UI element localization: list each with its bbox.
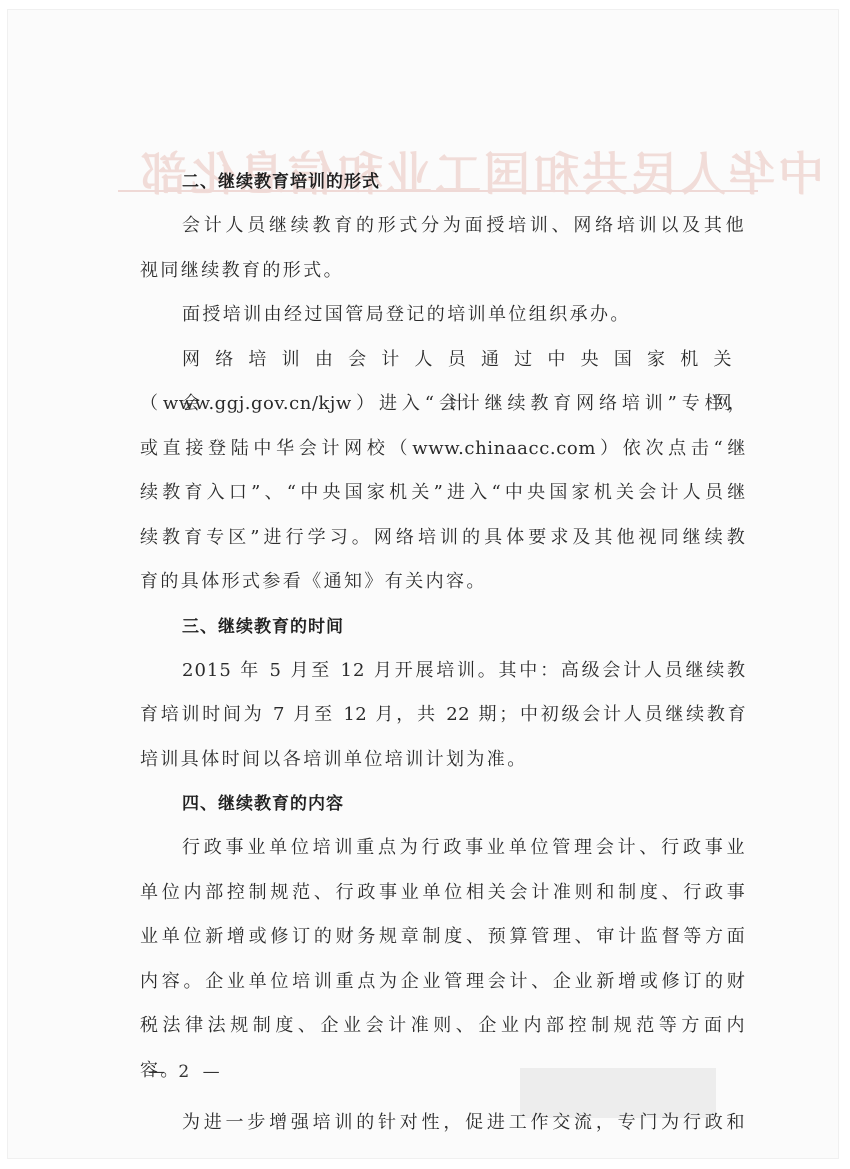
section-body-content: 行政事业单位培训重点为行政事业单位管理会计、行政事业 单位内部控制规范、行政事业… xyxy=(140,826,746,1146)
text-line: 内容。企业单位培训重点为企业管理会计、企业新增或修订的财 xyxy=(140,960,746,1005)
text-line: 续教育入口”、“中央国家机关”进入“中央国家机关会计人员继 xyxy=(140,471,746,516)
text-line: 视同继续教育的形式。 xyxy=(140,249,746,294)
document-body: 二、继续教育培训的形式 会计人员继续教育的形式分为面授培训、网络培训以及其他 视… xyxy=(140,160,746,1146)
text-line: 培训具体时间以各培训单位培训计划为准。 xyxy=(140,738,746,783)
text-line: 税法律法规制度、企业会计准则、企业内部控制规范等方面内 xyxy=(140,1004,746,1049)
text-line: 行政事业单位培训重点为行政事业单位管理会计、行政事业 xyxy=(140,826,746,871)
section-body-form: 会计人员继续教育的形式分为面授培训、网络培训以及其他 视同继续教育的形式。 面授… xyxy=(140,204,746,605)
text-line: 育的具体形式参看《通知》有关内容。 xyxy=(140,560,746,605)
text-line: 网络培训由会计人员通过中央国家机关会计网 xyxy=(140,338,746,383)
text-line: 会计人员继续教育的形式分为面授培训、网络培训以及其他 xyxy=(140,204,746,249)
text-line: 育培训时间为 7 月至 12 月，共 22 期；中初级会计人员继续教育 xyxy=(140,693,746,738)
text-line: 或直接登陆中华会计网校（www.chinaacc.com）依次点击“继 xyxy=(140,427,746,472)
section-heading-time: 三、继续教育的时间 xyxy=(140,605,746,649)
text-line: 2015 年 5 月至 12 月开展培训。其中：高级会计人员继续教 xyxy=(140,649,746,694)
text-line: 续教育专区”进行学习。网络培训的具体要求及其他视同继续教 xyxy=(140,516,746,561)
text-line: （www.ggj.gov.cn/kjw）进入“会计继续教育网络培训”专栏， xyxy=(140,382,746,427)
page-number: — 2 — xyxy=(148,1062,224,1082)
text-line: 单位内部控制规范、行政事业单位相关会计准则和制度、行政事 xyxy=(140,871,746,916)
text-line: 容。 xyxy=(140,1049,746,1094)
section-body-time: 2015 年 5 月至 12 月开展培训。其中：高级会计人员继续教 育培训时间为… xyxy=(140,649,746,783)
text-line: 面授培训由经过国管局登记的培训单位组织承办。 xyxy=(140,293,746,338)
text-line: 为进一步增强培训的针对性，促进工作交流，专门为行政和 xyxy=(140,1101,746,1146)
text-line: 业单位新增或修订的财务规章制度、预算管理、审计监督等方面 xyxy=(140,915,746,960)
section-heading-content: 四、继续教育的内容 xyxy=(140,782,746,826)
section-heading-form: 二、继续教育培训的形式 xyxy=(140,160,746,204)
